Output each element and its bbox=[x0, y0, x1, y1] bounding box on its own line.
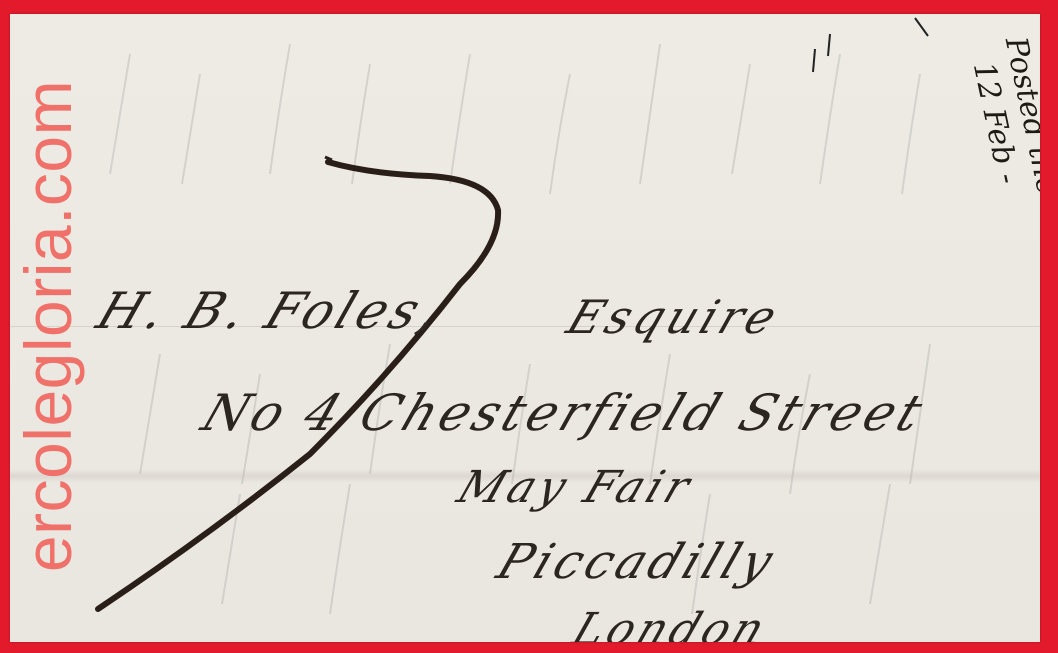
address-city: London bbox=[566, 604, 776, 642]
addressee-title: Esquire bbox=[560, 290, 788, 344]
addressee-name: H. B. Foles, bbox=[89, 282, 451, 340]
address-area: Piccadilly bbox=[490, 534, 784, 590]
address-street: No 4 Chesterfield Street bbox=[194, 384, 933, 442]
address-district: May Fair bbox=[451, 462, 701, 513]
letter-cover: H. B. Foles, Esquire No 4 Chesterfield S… bbox=[10, 14, 1040, 642]
watermark-text: ercolegloria.com bbox=[15, 80, 81, 572]
